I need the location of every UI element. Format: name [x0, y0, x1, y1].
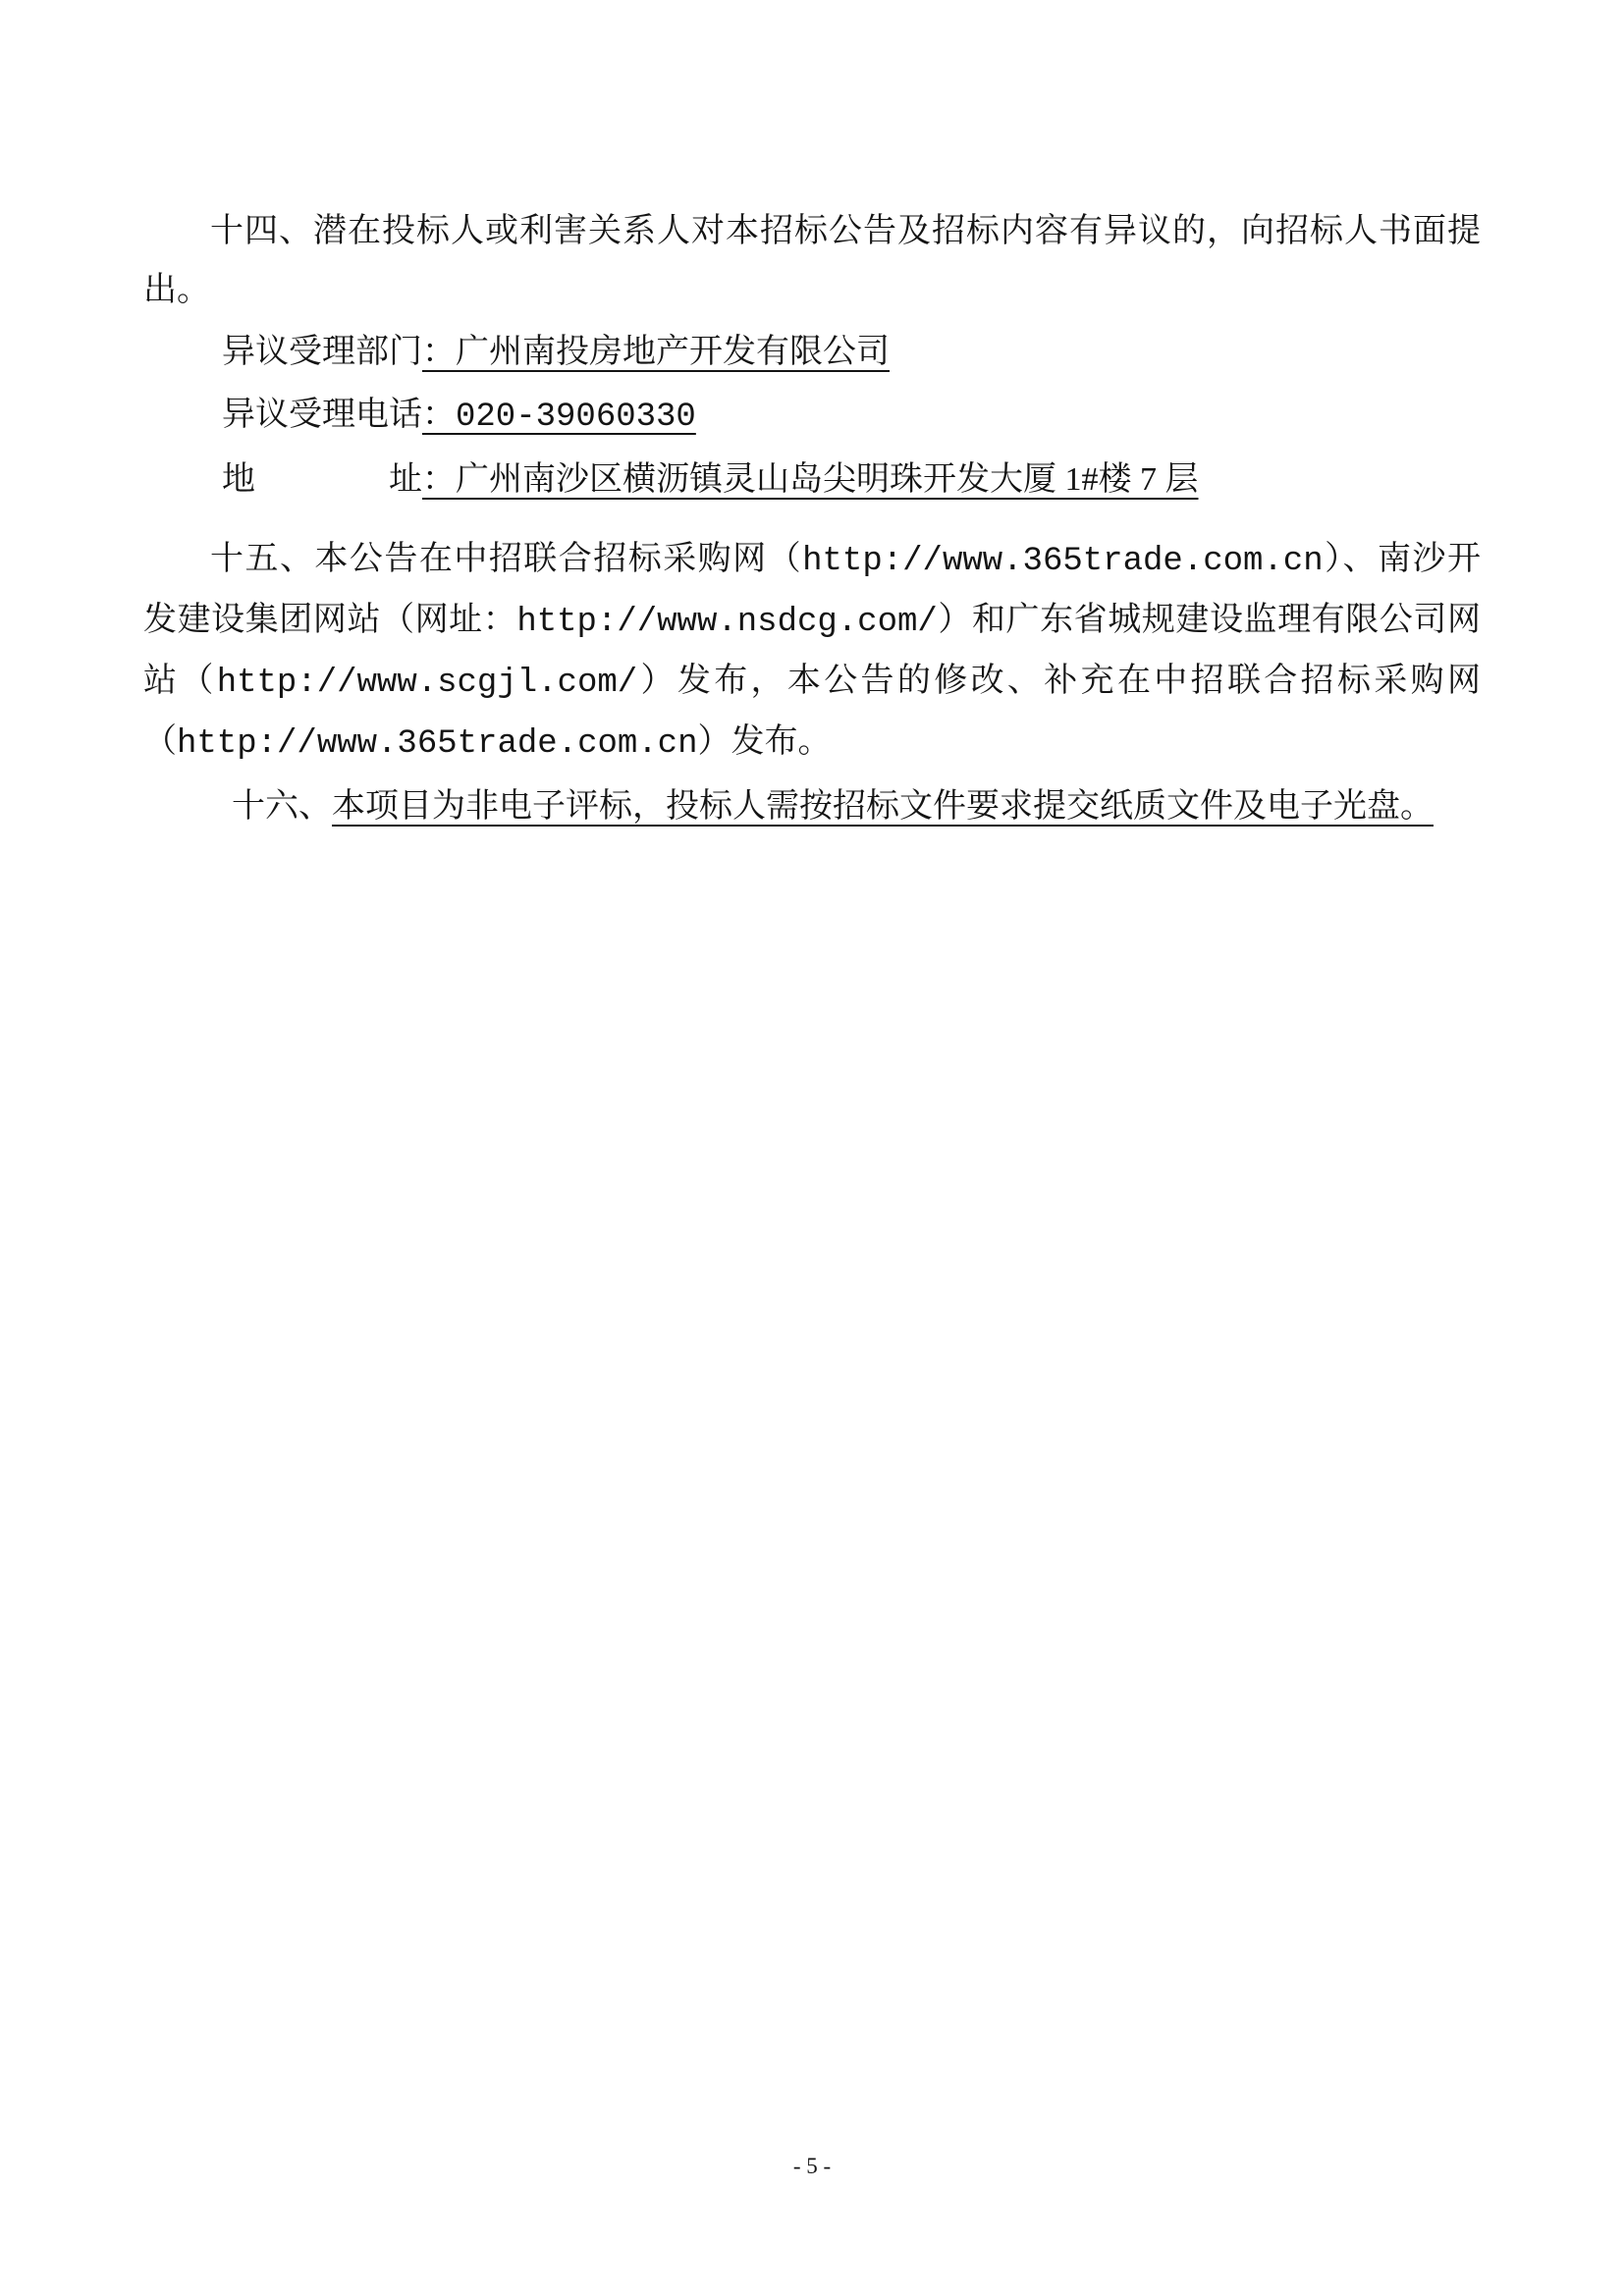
objection-phone-label: 异议受理电话 [222, 397, 422, 433]
document-body: 十四、潜在投标人或利害关系人对本招标公告及招标内容有异议的，向招标人书面提出。 … [143, 202, 1481, 836]
address-label: 地 址 [222, 461, 422, 498]
objection-department-value: ：广州南投房地产开发有限公司 [422, 334, 890, 370]
document-page: 十四、潜在投标人或利害关系人对本招标公告及招标内容有异议的，向招标人书面提出。 … [0, 0, 1624, 2296]
paragraph-16: 十六、本项目为非电子评标，投标人需按招标文件要求提交纸质文件及电子光盘。 [143, 777, 1481, 836]
page-number: - 5 - [793, 2154, 831, 2178]
address-value: ：广州南沙区横沥镇灵山岛尖明珠开发大厦 1#楼 7 层 [422, 461, 1199, 498]
url-365trade-1: http://www.365trade.com.cn [802, 543, 1324, 580]
url-365trade-2: http://www.365trade.com.cn [177, 725, 698, 763]
url-nsdcg: http://www.nsdcg.com/ [516, 604, 937, 641]
objection-department-line: 异议受理部门：广州南投房地产开发有限公司 [143, 322, 1481, 383]
paragraph-15: 十五、本公告在中招联合招标采购网（http://www.365trade.com… [143, 530, 1481, 774]
objection-phone-value: ：020-39060330 [422, 397, 696, 433]
objection-department-colon: ： [422, 334, 456, 370]
paragraph-16-underlined-text: 本项目为非电子评标，投标人需按招标文件要求提交纸质文件及电子光盘。 [332, 788, 1434, 825]
paragraph-14: 十四、潜在投标人或利害关系人对本招标公告及招标内容有异议的，向招标人书面提出。 [143, 202, 1481, 320]
objection-phone-number: 020-39060330 [456, 399, 696, 436]
url-scgjl: http://www.scgjl.com/ [217, 665, 637, 702]
objection-phone-line: 异议受理电话：020-39060330 [143, 385, 1481, 448]
page-footer: - 5 - [0, 2152, 1624, 2181]
paragraph-15-text-1: 十五、本公告在中招联合招标采购网（ [210, 541, 802, 577]
objection-phone-colon: ： [422, 397, 456, 433]
paragraph-14-text: 十四、潜在投标人或利害关系人对本招标公告及招标内容有异议的，向招标人书面提出。 [143, 213, 1481, 308]
address-line: 地 址：广州南沙区横沥镇灵山岛尖明珠开发大厦 1#楼 7 层 [143, 450, 1481, 510]
paragraph-16-prefix: 十六、 [232, 788, 332, 825]
paragraph-15-text-5: ）发布。 [698, 723, 832, 760]
address-text: 广州南沙区横沥镇灵山岛尖明珠开发大厦 1#楼 7 层 [456, 461, 1199, 498]
objection-department-label: 异议受理部门 [222, 334, 422, 370]
address-colon: ： [422, 461, 456, 498]
objection-department-company: 广州南投房地产开发有限公司 [456, 334, 890, 370]
